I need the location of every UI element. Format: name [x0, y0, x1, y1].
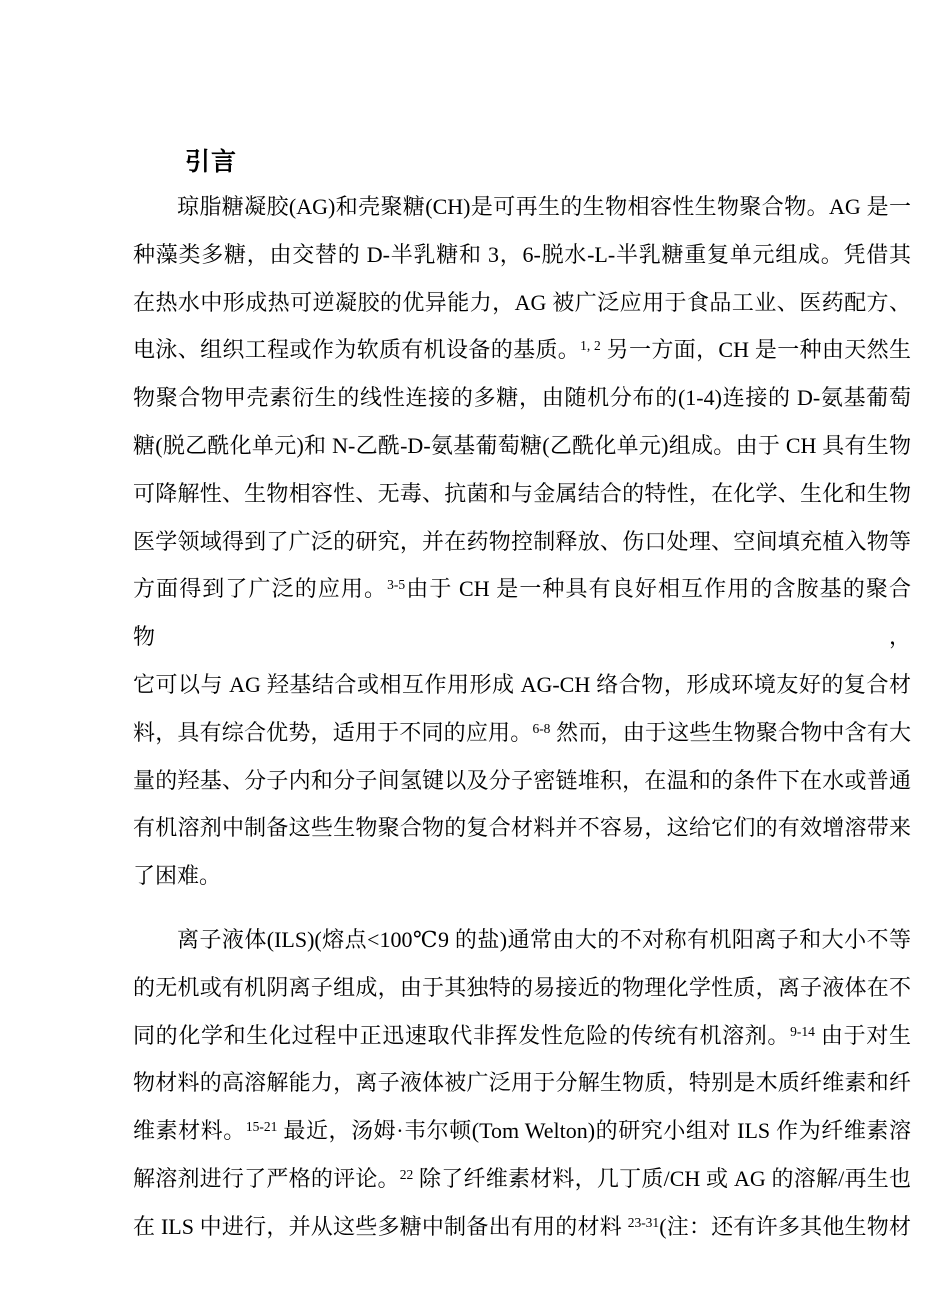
text-line: 糖(脱乙酰化单元)和 N-乙酰-D-氨基葡萄糖(乙酰化单元)组成。由于 CH 具…: [133, 422, 911, 470]
citation-superscript: 6-8: [532, 721, 550, 736]
text-line: 的无机或有机阴离子组成，由于其独特的易接近的物理化学性质，离子液体在不: [133, 964, 911, 1012]
document-content: 引言 琼脂糖凝胶(AG)和壳聚糖(CH)是可再生的生物相容性生物聚合物。AG 是…: [133, 146, 911, 1251]
text-line: 电泳、组织工程或作为软质有机设备的基质。1, 2 另一方面，CH 是一种由天然生: [133, 326, 911, 374]
text-line: 医学领域得到了广泛的研究，并在药物控制释放、伤口处理、空间填充植入物等: [133, 518, 911, 566]
document-page: 引言 琼脂糖凝胶(AG)和壳聚糖(CH)是可再生的生物相容性生物聚合物。AG 是…: [0, 0, 926, 1309]
text-line: 解溶剂进行了严格的评论。22 除了纤维素材料，几丁质/CH 或 AG 的溶解/再…: [133, 1155, 911, 1203]
text-line: 离子液体(ILS)(熔点<100℃9 的盐)通常由大的不对称有机阳离子和大小不等: [133, 916, 911, 964]
section-heading: 引言: [185, 146, 911, 179]
paragraphs-container: 琼脂糖凝胶(AG)和壳聚糖(CH)是可再生的生物相容性生物聚合物。AG 是一种藻…: [133, 183, 911, 1251]
citation-superscript: 15-21: [246, 1119, 278, 1134]
text-line: 料，具有综合优势，适用于不同的应用。6-8 然而，由于这些生物聚合物中含有大: [133, 709, 911, 757]
citation-superscript: 1, 2: [580, 338, 601, 353]
text-line: 在 ILS 中进行，并从这些多糖中制备出有用的材料 23-31(注：还有许多其他…: [133, 1203, 911, 1251]
citation-superscript: 22: [400, 1167, 414, 1182]
text-line: 方面得到了广泛的应用。3-5由于 CH 是一种具有良好相互作用的含胺基的聚合物，: [133, 565, 911, 661]
text-line: 维素材料。15-21 最近，汤姆·韦尔顿(Tom Welton)的研究小组对 I…: [133, 1107, 911, 1155]
text-line: 有机溶剂中制备这些生物聚合物的复合材料并不容易，这给它们的有效增溶带来: [133, 804, 911, 852]
text-line: 量的羟基、分子内和分子间氢键以及分子密链堆积，在温和的条件下在水或普通: [133, 757, 911, 805]
text-line: 同的化学和生化过程中正迅速取代非挥发性危险的传统有机溶剂。9-14 由于对生: [133, 1012, 911, 1060]
text-line: 物聚合物甲壳素衍生的线性连接的多糖，由随机分布的(1-4)连接的 D-氨基葡萄: [133, 374, 911, 422]
citation-superscript: 23-31: [628, 1215, 660, 1230]
text-line: 了困难。: [133, 852, 911, 900]
text-line: 在热水中形成热可逆凝胶的优异能力，AG 被广泛应用于食品工业、医药配方、: [133, 279, 911, 327]
text-line: 琼脂糖凝胶(AG)和壳聚糖(CH)是可再生的生物相容性生物聚合物。AG 是一: [133, 183, 911, 231]
text-line: 它可以与 AG 羟基结合或相互作用形成 AG-CH 络合物，形成环境友好的复合材: [133, 661, 911, 709]
paragraph: 琼脂糖凝胶(AG)和壳聚糖(CH)是可再生的生物相容性生物聚合物。AG 是一种藻…: [133, 183, 911, 900]
text-line: 物材料的高溶解能力，离子液体被广泛用于分解生物质，特别是木质纤维素和纤: [133, 1059, 911, 1107]
citation-superscript: 3-5: [387, 577, 405, 592]
text-line: 种藻类多糖，由交替的 D-半乳糖和 3，6-脱水-L-半乳糖重复单元组成。凭借其: [133, 231, 911, 279]
paragraph: 离子液体(ILS)(熔点<100℃9 的盐)通常由大的不对称有机阳离子和大小不等…: [133, 916, 911, 1251]
citation-superscript: 9-14: [790, 1024, 815, 1039]
text-line: 可降解性、生物相容性、无毒、抗菌和与金属结合的特性，在化学、生化和生物: [133, 470, 911, 518]
